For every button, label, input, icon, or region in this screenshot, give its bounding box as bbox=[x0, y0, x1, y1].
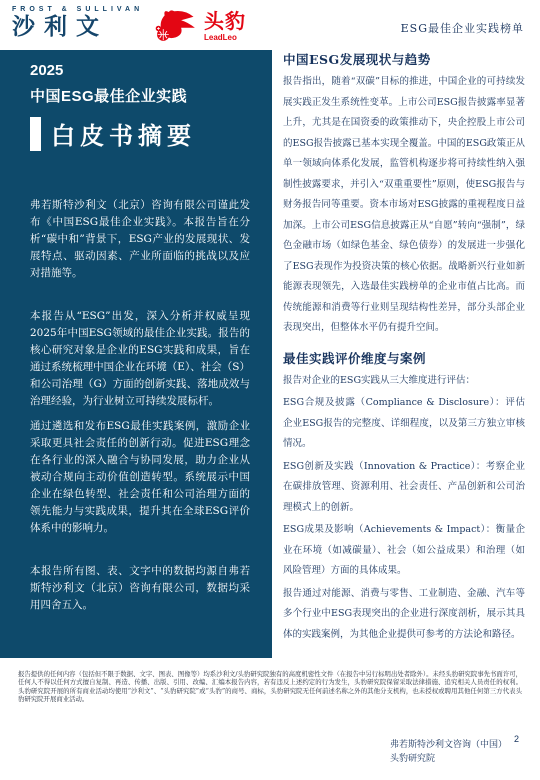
footer-institute-name: 头豹研究院 bbox=[390, 752, 515, 766]
summary-paragraph: 本报告所有图、表、文字中的数据均源自弗若斯特沙利文（北京）咨询有限公司，数据均采… bbox=[30, 563, 250, 614]
summary-paragraph: 通过遴选和发布ESG最佳实践案例，激励企业采取更具社会责任的创新行动。促进ESG… bbox=[30, 418, 250, 537]
section-heading-dimensions: 最佳实践评价维度与案例 bbox=[283, 349, 525, 367]
section-paragraph: 报告对企业的ESG实践从三大维度进行评估： bbox=[283, 371, 525, 392]
frost-sullivan-logo: FROST & SULLIVAN 沙利文 bbox=[12, 6, 142, 38]
leadleo-logo-cn: 头豹 bbox=[204, 12, 246, 32]
section-paragraph: ESG创新及实践（Innovation & Practice）：考察企业在碳排放… bbox=[283, 457, 525, 519]
report-subtitle: 白皮书摘要 bbox=[51, 116, 196, 151]
leadleo-logo: 头豹 LeadLeo bbox=[155, 6, 246, 48]
legal-disclaimer: 报告提供的任何内容（包括但不限于数据、文字、图表、图像等）均系沙利文/头豹研究院… bbox=[18, 670, 522, 704]
report-title: 中国ESG最佳企业实践 bbox=[30, 85, 250, 106]
section-paragraph: 报告指出，随着“双碳”目标的推进，中国企业的可持续发展实践正发生系统性变革。上市… bbox=[283, 72, 525, 339]
main-content-column: 中国ESG发展现状与趋势 报告指出，随着“双碳”目标的推进，中国企业的可持续发展… bbox=[283, 50, 525, 645]
frost-sullivan-logo-en: FROST & SULLIVAN bbox=[12, 6, 142, 13]
frost-sullivan-logo-cn: 沙利文 bbox=[12, 15, 142, 38]
footer-company-name: 弗若斯特沙利文咨询（中国） bbox=[390, 738, 515, 752]
report-year: 2025 bbox=[30, 62, 250, 79]
section-paragraph: ESG成果及影响（Achievements & Impact）：衡量企业在环境（… bbox=[283, 520, 525, 582]
summary-panel: 2025 中国ESG最佳企业实践 白皮书摘要 弗若斯特沙利文（北京）咨询有限公司… bbox=[0, 50, 272, 658]
subtitle-accent-bar bbox=[30, 117, 41, 151]
page-number: 2 bbox=[514, 734, 519, 744]
section-paragraph: ESG合规及披露（Compliance & Disclosure）：评估企业ES… bbox=[283, 393, 525, 455]
footer-company-block: 弗若斯特沙利文咨询（中国） 头豹研究院 bbox=[390, 738, 515, 766]
report-subtitle-row: 白皮书摘要 bbox=[30, 116, 250, 151]
summary-paragraph: 弗若斯特沙利文（北京）咨询有限公司谨此发布《中国ESG最佳企业实践》。本报告旨在… bbox=[30, 197, 250, 282]
summary-paragraph: 本报告从“ESG”出发，深入分析并权威呈现2025年中国ESG领域的最佳企业实践… bbox=[30, 308, 250, 410]
section-heading-trends: 中国ESG发展现状与趋势 bbox=[283, 50, 525, 68]
leadleo-logo-en: LeadLeo bbox=[204, 34, 246, 42]
page-header: FROST & SULLIVAN 沙利文 头豹 LeadLeo ESG最佳企业实… bbox=[0, 0, 540, 50]
section-paragraph: 报告通过对能源、消费与零售、工业制造、金融、汽车等多个行业中ESG表现突出的企业… bbox=[283, 584, 525, 646]
report-series-label: ESG最佳企业实践榜单 bbox=[401, 20, 524, 36]
leadleo-leopard-icon bbox=[155, 6, 199, 48]
